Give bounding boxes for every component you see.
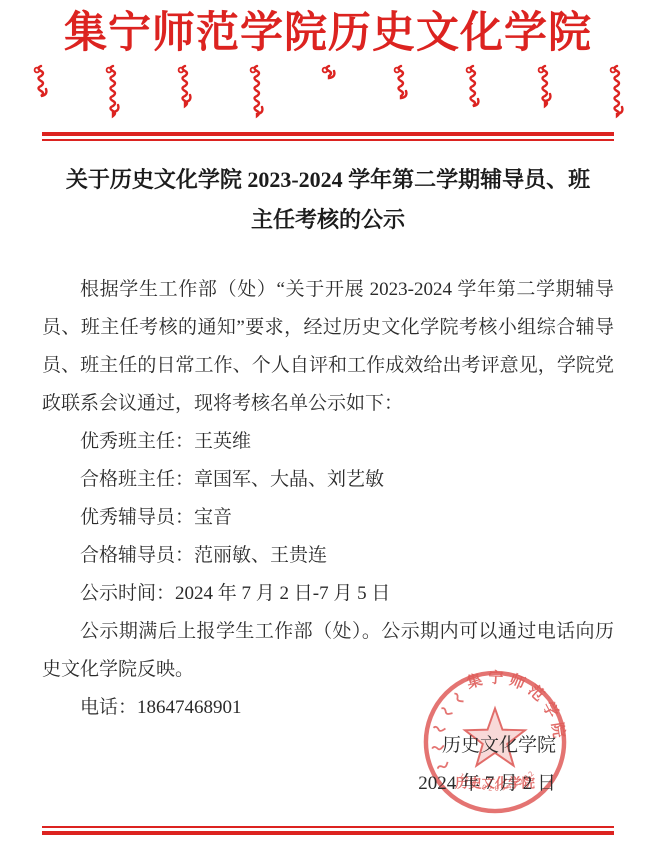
list-item-publicity-period: 公示时间：2024 年 7 月 2 日-7 月 5 日 xyxy=(42,575,614,613)
mongolian-word-glyph xyxy=(464,64,480,114)
signature-date: 2024 年 7 月 2 日 xyxy=(42,765,556,803)
mongolian-word-glyph xyxy=(32,64,48,104)
mongolian-word-glyph xyxy=(392,64,408,106)
body-paragraph-1: 根据学生工作部（处）“关于开展 2023-2024 学年第二学期辅导员、班主任考… xyxy=(42,271,614,423)
header-divider xyxy=(42,132,614,141)
mongolian-word-glyph xyxy=(104,64,120,120)
footer-divider-thin-line xyxy=(42,826,614,828)
letterhead: 集宁师范学院历史文化学院 xyxy=(0,0,656,60)
doc-title: 关于历史文化学院 2023-2024 学年第二学期辅导员、班 主任考核的公示 xyxy=(0,160,656,240)
doc-title-line1: 关于历史文化学院 2023-2024 学年第二学期辅导员、班 xyxy=(0,160,656,200)
mongolian-word-glyph xyxy=(536,64,552,109)
doc-body: 根据学生工作部（处）“关于开展 2023-2024 学年第二学期辅导员、班主任考… xyxy=(42,271,614,727)
list-item-excellent-counselor: 优秀辅导员：宝音 xyxy=(42,499,614,537)
mongolian-word-glyph xyxy=(176,64,192,110)
footer-divider xyxy=(42,826,614,835)
header-divider-thin-line xyxy=(42,139,614,141)
footer-divider-thick-line xyxy=(42,831,614,835)
mongolian-word-glyph xyxy=(248,64,264,122)
list-item-excellent-head-teacher: 优秀班主任：王英维 xyxy=(42,423,614,461)
doc-title-line2: 主任考核的公示 xyxy=(0,200,656,240)
mongolian-word-glyph xyxy=(608,64,624,122)
mongolian-script-row xyxy=(32,64,624,122)
list-item-qualified-head-teacher: 合格班主任：章国军、大晶、刘艺敏 xyxy=(42,461,614,499)
header-divider-thick-line xyxy=(42,132,614,136)
document-page: 集宁师范学院历史文化学院 关于历史文化学院 2023-2024 学年第二学期辅导… xyxy=(0,0,656,847)
list-item-qualified-counselor: 合格辅导员：范丽敏、王贵连 xyxy=(42,537,614,575)
signature-block: 历史文化学院 2024 年 7 月 2 日 xyxy=(42,727,614,803)
mongolian-word-glyph xyxy=(320,64,336,86)
signature-org: 历史文化学院 xyxy=(42,727,556,765)
letterhead-org-title: 集宁师范学院历史文化学院 xyxy=(42,8,614,60)
